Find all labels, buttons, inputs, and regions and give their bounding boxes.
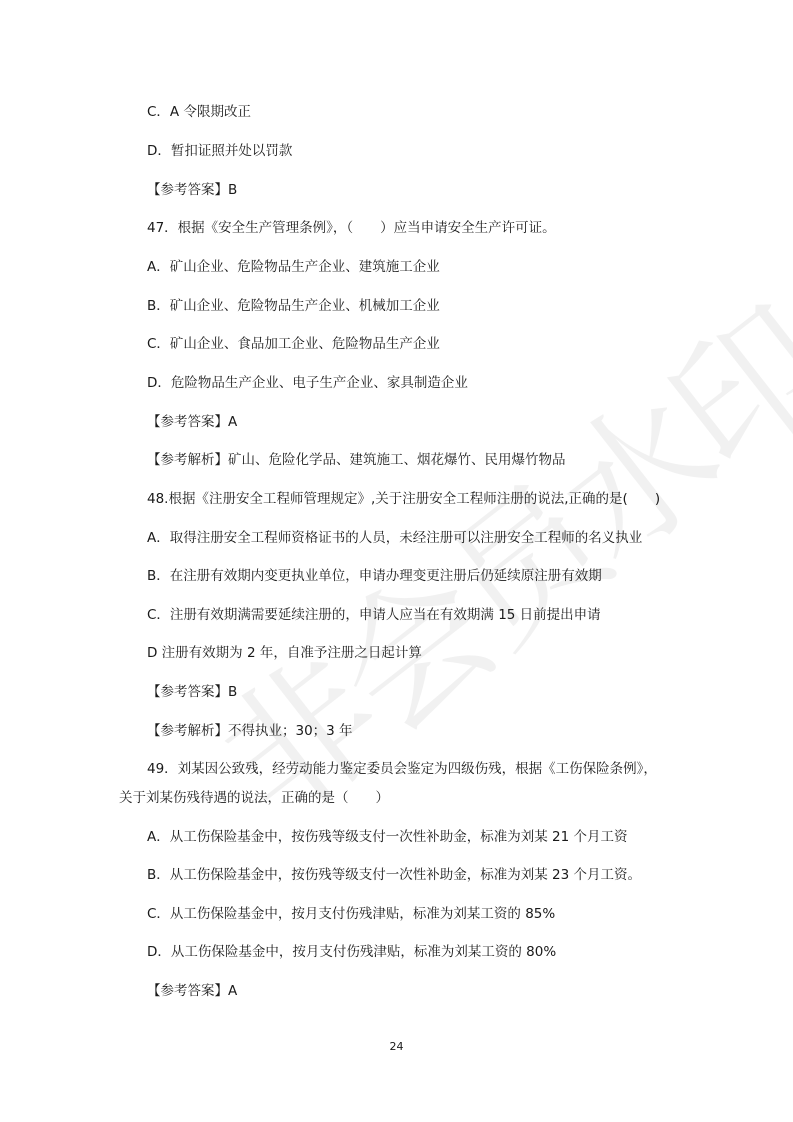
q48-option-b: B．在注册有效期内变更执业单位，申请办理变更注册后仍延续原注册有效期 [147, 566, 602, 586]
q49-answer: 【参考答案】A [147, 981, 237, 1001]
q48-answer: 【参考答案】B [147, 682, 237, 702]
q48-option-d: D 注册有效期为 2 年，自准予注册之日起计算 [147, 643, 422, 663]
q48-option-c: C．注册有效期满需要延续注册的，申请人应当在有效期满 15 日前提出申请 [147, 605, 601, 625]
q49-question-line2: 关于刘某伤残待遇的说法，正确的是（ ） [119, 788, 389, 808]
q49-option-c: C．从工伤保险基金中，按月支付伤残津贴，标准为刘某工资的 85% [147, 904, 555, 924]
q48-analysis: 【参考解析】不得执业；30；3 年 [147, 721, 353, 741]
q47-option-b: B．矿山企业、危险物品生产企业、机械加工企业 [147, 296, 440, 316]
q49-option-b: B．从工伤保险基金中，按伤残等级支付一次性补助金，标准为刘某 23 个月工资。 [147, 865, 641, 885]
q49-question-line1: 49．刘某因公致残，经劳动能力鉴定委员会鉴定为四级伤残，根据《工伤保险条例》， [147, 759, 657, 779]
q49-option-a: A．从工伤保险基金中，按伤残等级支付一次性补助金，标准为刘某 21 个月工资 [147, 827, 628, 847]
q46-option-d: D．暂扣证照并处以罚款 [147, 141, 292, 161]
q46-answer: 【参考答案】B [147, 180, 237, 200]
document-page: 非会员水印 C．A 令限期改正D．暂扣证照并处以罚款【参考答案】B47．根据《安… [0, 0, 793, 1122]
q49-option-d: D．从工伤保险基金中，按月支付伤残津贴，标准为刘某工资的 80% [147, 942, 556, 962]
page-number: 24 [0, 1040, 793, 1053]
q47-analysis: 【参考解析】矿山、危险化学品、建筑施工、烟花爆竹、民用爆竹物品 [147, 450, 566, 470]
q47-answer: 【参考答案】A [147, 412, 237, 432]
q47-question: 47．根据《安全生产管理条例》，（ ）应当申请安全生产许可证。 [147, 218, 556, 238]
q47-option-a: A．矿山企业、危险物品生产企业、建筑施工企业 [147, 257, 440, 277]
q48-option-a: A．取得注册安全工程师资格证书的人员，未经注册可以注册安全工程师的名义执业 [147, 528, 642, 548]
q46-option-c: C．A 令限期改正 [147, 102, 251, 122]
q48-question: 48.根据《注册安全工程师管理规定》,关于注册安全工程师注册的说法,正确的是( … [147, 489, 660, 509]
q47-option-d: D．危险物品生产企业、电子生产企业、家具制造企业 [147, 373, 468, 393]
q47-option-c: C．矿山企业、食品加工企业、危险物品生产企业 [147, 334, 440, 354]
